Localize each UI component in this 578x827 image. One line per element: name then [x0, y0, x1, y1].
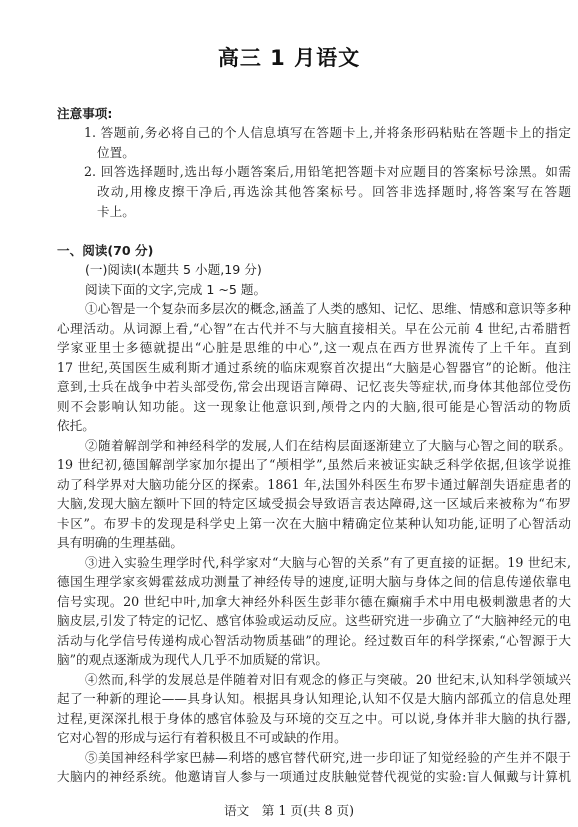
paragraph-1-line-3: 学家亚里士多德就提出“心脏是思维的中心”,这一观点在西方世界流传了上千年。直到	[57, 340, 571, 356]
paragraph-5-line-2: 大脑内的神经系统。他邀请盲人参与一项通过皮肤触觉替代视觉的实验:盲人佩戴与计算机	[57, 769, 571, 785]
paragraph-1-line-4: 17 世纪,英国医生威利斯才通过系统的临床观察首次提出“大脑是心智器官”的论断。…	[57, 360, 571, 376]
notice-item-2-line-1: 2. 回答选择题时,选出每小题答案后,用铅笔把答题卡对应题目的答案标号涂黑。如需	[84, 164, 571, 180]
paragraph-1-line-1: ①心智是一个复杂而多层次的概念,涵盖了人类的感知、记忆、思维、情感和意识等多种	[85, 301, 571, 317]
paragraph-2-line-3: 动了科学界对大脑功能分区的探索。1861 年,法国外科医生布罗卡通过解剖失语症患…	[57, 477, 571, 493]
paragraph-1-line-6: 则不会影响认知功能。这一现象让他意识到,颅骨之内的大脑,很可能是心智活动的物质	[57, 399, 571, 415]
paragraph-1-line-5: 意到,士兵在战争中若头部受伤,常会出现语言障碍、记忆丧失等症状,而身体其他部位受…	[57, 379, 571, 395]
paragraph-3-line-5: 活动与化学信号传递构成心智活动物质基础”的理论。经过数百年的科学探索,“心智源于…	[57, 633, 571, 649]
paragraph-2-line-2: 19 世纪初,德国解剖学家加尔提出了“颅相学”,虽然后来被证实缺乏科学依据,但该…	[57, 457, 571, 473]
paragraph-3-line-3: 信号实现。20 世纪中叶,加拿大神经外科医生彭菲尔德在癫痫手术中用电极刺激患者的…	[57, 594, 571, 610]
paragraph-4-line-1: ④然而,科学的发展总是伴随着对旧有观念的修正与突破。20 世纪末,认知科学领域兴	[85, 672, 571, 688]
paragraph-1-line-7: 依托。	[57, 418, 571, 434]
page-footer: 语文 第 1 页(共 8 页)	[0, 800, 578, 819]
section-heading: 一、阅读(70 分)	[57, 243, 571, 259]
paragraph-2-line-4: 大脑,发现大脑左额叶下回的特定区域受损会导致语言表达障碍,这一区域后来被称为“布…	[57, 496, 571, 512]
notice-item-1-line-2: 位置。	[97, 145, 571, 161]
notice-item-2-line-3: 卡上。	[97, 204, 571, 220]
paragraph-2-line-6: 具有明确的生理基础。	[57, 535, 571, 551]
paragraph-2-line-5: 卡区”。布罗卡的发现是科学史上第一次在大脑中精确定位某种认知功能,证明了心智活动	[57, 516, 571, 532]
notice-item-1-line-1: 1. 答题前,务必将自己的个人信息填写在答题卡上,并将条形码粘贴在答题卡上的指定	[84, 125, 571, 141]
notice-item-2-line-2: 改动,用橡皮擦干净后,再选涂其他答案标号。回答非选择题时,将答案写在答题	[97, 184, 571, 200]
paragraph-1-line-2: 心理活动。从词源上看,“心智”在古代并不与大脑直接相关。早在公元前 4 世纪,古…	[57, 321, 571, 337]
section-instruction: 阅读下面的文字,完成 1 ~5 题。	[85, 282, 578, 298]
paragraph-5-line-1: ⑤美国神经科学家巴赫—利塔的感官替代研究,进一步印证了知觉经验的产生并不限于	[85, 750, 571, 766]
paragraph-2-line-1: ②随着解剖学和神经科学的发展,人们在结构层面逐渐建立了大脑与心智之间的联系。	[85, 438, 571, 454]
paragraph-3-line-6: 脑”的观点逐渐成为现代人几乎不加质疑的常识。	[57, 652, 571, 668]
section-subheading: (一)阅读Ⅰ(本题共 5 小题,19 分)	[85, 262, 578, 278]
paragraph-4-line-3: 过程,更深深扎根于身体的感官体验及与环境的交互之中。可以说,身体并非大脑的执行器…	[57, 711, 571, 727]
exam-page: 高三 1 月语文 注意事项: 1. 答题前,务必将自己的个人信息填写在答题卡上,…	[0, 0, 578, 827]
paragraph-3-line-1: ③进入实验生理学时代,科学家对“大脑与心智的关系”有了更直接的证据。19 世纪末…	[85, 555, 571, 571]
paragraph-4-line-4: 它对心智的形成与运行有着积极且不可或缺的作用。	[57, 730, 571, 746]
paragraph-4-line-2: 起了一种新的理论——具身认知。根据具身认知理论,认知不仅是大脑内部孤立的信息处理	[57, 691, 571, 707]
notice-heading: 注意事项:	[57, 106, 571, 122]
paragraph-3-line-2: 德国生理学家亥姆霍兹成功测量了神经传导的速度,证明大脑与身体之间的信息传递依靠电	[57, 574, 571, 590]
page-title: 高三 1 月语文	[0, 42, 578, 72]
paragraph-3-line-4: 脑皮层,引发了特定的记忆、感官体验或运动反应。这些研究进一步确立了“大脑神经元的…	[57, 613, 571, 629]
